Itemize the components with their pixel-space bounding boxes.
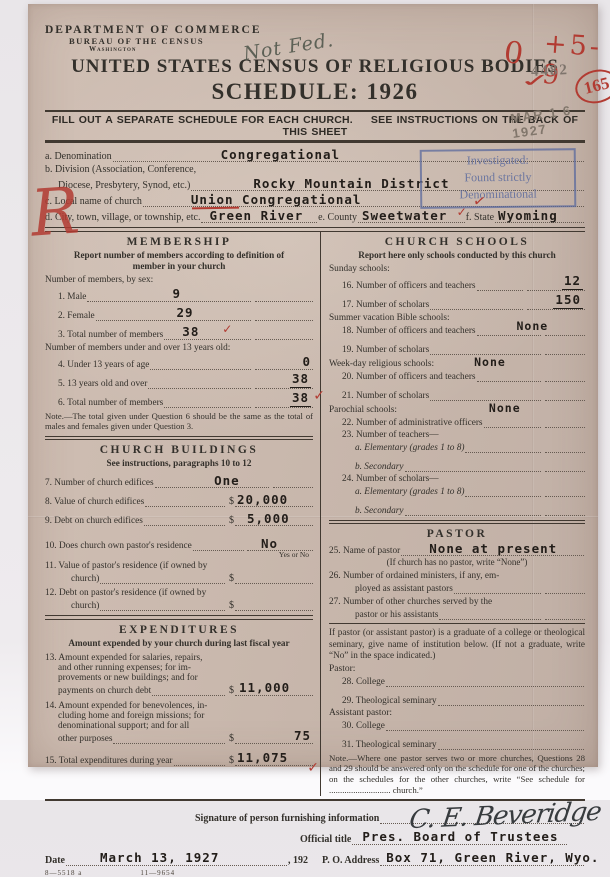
q5-label: 5. 13 years old and over [58,379,147,389]
pastor-title: PASTOR [329,528,585,540]
q5-blank [148,376,251,389]
q22-end-blank [545,415,585,428]
members-by-age-heading: Number of members under and over 13 year… [45,343,313,353]
q13-line2: and other running expenses; for im- [58,663,313,673]
q24a-leader [465,484,541,497]
q29-leader [438,693,584,706]
q27-block: 27. Number of other churches served by t… [329,597,585,620]
q30-label: 30. College [342,721,385,731]
q1-blank: 9 [87,289,251,302]
q15-value: 11,075 [237,752,288,765]
church-buildings-title: CHURCH BUILDINGS [45,444,313,456]
q26-row: ployed as assistant pastors [329,581,585,594]
q14-dollar-sign: $ [229,733,234,744]
q8-dollar-sign: $ [229,496,234,507]
church-schools-subtitle: Report here only schools conducted by th… [329,250,585,261]
q13-line1: 13. Amount expended for salaries, repair… [45,653,313,663]
q8-label: 8. Value of church edifices [45,497,144,507]
q15-leader [174,753,226,766]
q21-label: 21. Number of scholars [342,391,429,401]
city-blank: Green River [201,210,317,223]
q14-line1: 14. Amount expended for benevolences, in… [45,701,313,711]
q10-answer-blank: No Yes or No [247,538,313,551]
q8-amount-blank: 20,000 [235,494,313,507]
red-checkmark: ✓ [313,389,325,403]
q30-row: 30. College [329,718,585,731]
q14-leader [113,731,225,744]
q14-row: other purposes $ 75 [45,731,313,744]
city-value: Green River [209,210,303,223]
q27-row: pastor or his assistants [329,607,585,620]
expenditures-title: EXPENDITURES [45,624,313,636]
red-checkmark: ✓ [222,323,232,335]
q2-blank: 29 [96,308,251,321]
q26-label-line1: 26. Number of ordained ministers, if any… [329,571,585,581]
q9-amount-blank: 5,000 [235,513,313,526]
q11-label-line2: church) [71,574,99,584]
q10-leader [193,538,244,551]
q14-line2: cluding home and foreign missions; for [58,711,313,721]
q12-leader [100,598,225,611]
q24-label: 24. Number of scholars— [342,474,439,484]
city-county-state-row: d. City, town, village, or township, etc… [45,210,585,223]
red-checkmark: ✓ [516,70,557,92]
q19-label: 19. Number of scholars [342,345,429,355]
section-divider-rule [45,615,313,620]
q1-end-blank [255,289,313,302]
weekday-schools-heading: Week-day religious schools:None [329,358,585,369]
q23b-leader [405,459,541,472]
q12-row: church) $ [45,598,313,611]
red-checkmark: ✓ [307,761,319,775]
q30-leader [386,718,584,731]
q13-row: payments on church debt $ 11,000 [45,683,313,696]
q23a-leader [465,440,541,453]
q16-label: 16. Number of officers and teachers [342,281,476,291]
q12-label-line2: church) [71,601,99,611]
q3-blank: 38 ✓ [164,327,251,340]
q2-row: 2. Female 29 [45,308,313,321]
denomination-value: Congregational [221,149,340,162]
q4-blank [150,357,251,370]
q22-row: 22. Number of administrative officers [329,415,585,428]
q2-label: 2. Female [58,311,95,321]
pastor-subheading: Pastor: [329,664,585,674]
graduate-instruction-note: If pastor (or assistant pastor) is a gra… [329,627,585,662]
q17-label: 17. Number of scholars [342,300,429,310]
q9-dollar-sign: $ [229,515,234,526]
q6-value: 38 [290,392,311,407]
q11-dollar-sign: $ [229,573,234,584]
q29-row: 29. Theological seminary [329,693,585,706]
q23b-end-blank [545,459,585,472]
q11-leader [100,571,225,584]
q24a-label: a. Elementary (grades 1 to 8) [355,487,464,497]
stamp-line-1: Investigated: [422,151,574,169]
q28-leader [386,674,584,687]
county-blank: Sweetwater ✓ [358,210,465,223]
q27-leader [439,607,541,620]
right-column: CHURCH SCHOOLS Report here only schools … [321,232,585,796]
q15-amount-blank: 11,075 ✓ [235,753,313,766]
q14-last-line: other purposes [58,734,112,744]
left-column: MEMBERSHIP Report number of members acco… [45,232,321,796]
q20-end-blank [545,369,585,382]
q8-value: 20,000 [237,494,288,507]
q15-dollar-sign: $ [229,755,234,766]
q31-label: 31. Theological seminary [342,740,437,750]
q26-end-blank [545,581,585,594]
q10-row: 10. Does church own pastor's residence N… [45,538,313,551]
q24b-row: b. Secondary [329,503,585,516]
q26-label-line2: ployed as assistant pastors [355,584,453,594]
division-label-line2: Diocese, Presbytery, Synod, etc.) [58,180,190,191]
q20-leader [477,369,541,382]
q31-row: 31. Theological seminary [329,737,585,750]
q24a-end-blank [545,484,585,497]
q4-end-blank: 0 [255,357,313,370]
q23a-label: a. Elementary (grades 1 to 8) [355,443,464,453]
q23b-label: b. Secondary [355,462,404,472]
parochial-schools-label: Parochial schools: [329,405,397,415]
q10-value: No [261,538,278,551]
q1-row: 1. Male 9 [45,289,313,302]
q13-leader [152,683,225,696]
q2-value: 29 [176,307,193,320]
red-margin-mark: R [28,174,81,251]
q10-label: 10. Does church own pastor's residence [45,541,192,551]
q14-block: 14. Amount expended for benevolences, in… [45,701,313,744]
q22-label: 22. Number of administrative officers [342,418,483,428]
q24b-end-blank [545,503,585,516]
weekday-schools-value: None [474,355,506,369]
q12-block: 12. Debt on pastor's residence (if owned… [45,588,313,611]
q5-value: 38 [290,373,311,388]
q28-label: 28. College [342,677,385,687]
form-subtitle: SCHEDULE: 1926 [45,79,585,105]
q25-leader: None at present [401,543,584,556]
q26-block: 26. Number of ordained ministers, if any… [329,571,585,594]
parochial-schools-value: None [489,401,521,415]
membership-title: MEMBERSHIP [45,236,313,248]
q6-label: 6. Total number of members [58,398,163,408]
q25-row: 25. Name of pastor None at present [329,543,585,556]
q19-leader [430,342,541,355]
q13-dollar-sign: $ [229,685,234,696]
state-value: Wyoming [498,210,558,223]
q5-end-blank: 38 [255,376,313,389]
stamp-line-2: Found strictly [422,168,574,186]
q27-label-line1: 27. Number of other churches served by t… [329,597,585,607]
q29-label: 29. Theological seminary [342,696,437,706]
state-label: f. State [466,212,494,223]
q23a-end-blank [545,440,585,453]
q23b-row: b. Secondary [329,459,585,472]
q8-leader [145,494,225,507]
local-name-value: Union Congregational [191,194,362,207]
q16-value: 12 [562,275,583,290]
q18-row: 18. Number of officers and teachers None [329,323,585,336]
church-schools-title: CHURCH SCHOOLS [329,236,585,248]
q2-end-blank [255,308,313,321]
q21-leader [430,388,541,401]
investigated-stamp: Investigated: Found strictly Denominatio… [420,148,577,209]
q4-row: 4. Under 13 years of age 0 [45,357,313,370]
q17-row: 17. Number of scholars 150 [329,297,585,310]
denomination-label: a. Denomination [45,151,112,162]
q1-value: 9 [172,288,181,301]
assistant-pastor-subheading: Assistant pastor: [329,708,585,718]
q16-end-blank: 12 [527,278,585,291]
q14-value: 75 [294,730,311,743]
q11-amount-blank [235,571,313,584]
q11-row: church) $ [45,571,313,584]
q7-row: 7. Number of church edifices One [45,475,313,488]
q4-label: 4. Under 13 years of age [58,360,149,370]
q16-row: 16. Number of officers and teachers 12 [329,278,585,291]
q24b-leader [405,503,541,516]
parochial-schools-heading: Parochial schools:None [329,404,585,415]
section-divider-rule [329,520,585,525]
q12-dollar-sign: $ [229,600,234,611]
q13-block: 13. Amount expended for salaries, repair… [45,653,313,696]
pastor-note: Note.—Where one pastor serves two or mor… [329,753,585,796]
section-divider-rule [329,623,585,624]
q13-last-line: payments on church debt [58,686,151,696]
county-label: e. County [318,212,357,223]
q23-label: 23. Number of teachers— [342,430,439,440]
q6-blank [164,395,251,408]
q24b-label: b. Secondary [355,506,404,516]
q9-label: 9. Debt on church edifices [45,516,143,526]
q7-blank: One [155,475,269,488]
q7-end-blank [273,475,313,488]
q31-leader [438,737,584,750]
q28-row: 28. College [329,674,585,687]
expenditures-subtitle: Amount expended by your church during la… [45,638,313,649]
q12-label-line1: 12. Debt on pastor's residence (if owned… [45,588,313,598]
q7-label: 7. Number of church edifices [45,478,154,488]
banner-sentence-1: FILL OUT A SEPARATE SCHEDULE FOR EACH CH… [52,114,353,126]
q20-label: 20. Number of officers and teachers [342,372,476,382]
weekday-schools-label: Week-day religious schools: [329,359,434,369]
q27-end-blank [545,607,585,620]
q18-label: 18. Number of officers and teachers [342,326,476,336]
q21-end-blank [545,388,585,401]
q6-end-blank: 38 ✓ [255,395,313,408]
q25-label: 25. Name of pastor [329,546,400,556]
q1-label: 1. Male [58,292,86,302]
state-blank: Wyoming [495,210,584,223]
q10-yes-or-no-hint: Yes or No [279,550,309,559]
q19-end-blank [545,342,585,355]
q16-leader [477,278,523,291]
q24a-row: a. Elementary (grades 1 to 8) [329,484,585,497]
q4-value: 0 [302,356,311,369]
section-divider-rule [45,436,313,441]
q22-leader [484,415,541,428]
q18-end-blank [545,323,585,336]
church-buildings-subtitle: See instructions, paragraphs 10 to 12 [45,458,313,469]
q15-label: 15. Total expenditures during year [45,756,173,766]
q18-leader: None [477,323,541,336]
q3-value: 38 [182,326,199,339]
q9-row: 9. Debt on church edifices $ 5,000 [45,513,313,526]
q9-value: 5,000 [247,513,290,526]
q13-amount-blank: 11,000 [235,683,313,696]
q9-leader [144,513,225,526]
q11-block: 11. Value of pastor's residence (if owne… [45,561,313,584]
instruction-banner: FILL OUT A SEPARATE SCHEDULE FOR EACH CH… [45,110,585,143]
membership-subtitle: Report number of members according to de… [64,250,294,272]
q11-label-line1: 11. Value of pastor's residence (if owne… [45,561,313,571]
q27-label-line2: pastor or his assistants [355,610,438,620]
census-schedule-document: Not Fed. 0 +5-9 4482 ✓ 165 MAR 1 6 1927 … [28,4,598,767]
q20-row: 20. Number of officers and teachers [329,369,585,382]
q14-amount-blank: 75 [235,731,313,744]
q21-row: 21. Number of scholars [329,388,585,401]
q3-label: 3. Total number of members [58,330,163,340]
q23a-row: a. Elementary (grades 1 to 8) [329,440,585,453]
q14-line3: denominational support; and for all [58,721,313,731]
sunday-schools-heading: Sunday schools: [329,264,585,274]
membership-note: Note.—The total given under Question 6 s… [45,411,313,432]
q25-value: None at present [429,543,557,556]
q13-value: 11,000 [239,682,290,695]
q6-row: 6. Total number of members 38 ✓ [45,395,313,408]
q7-value: One [214,475,240,488]
members-by-sex-heading: Number of members, by sex: [45,275,313,285]
q19-row: 19. Number of scholars [329,342,585,355]
q17-leader [430,297,523,310]
q17-value: 150 [553,294,583,309]
county-value: Sweetwater [362,210,447,223]
stamp-line-3: Denominational [422,185,574,203]
q3-row: 3. Total number of members 38 ✓ [45,327,313,340]
q18-value: None [517,321,549,333]
q8-row: 8. Value of church edifices $ 20,000 [45,494,313,507]
q17-end-blank: 150 [527,297,585,310]
q5-row: 5. 13 years old and over 38 [45,376,313,389]
q12-amount-blank [235,598,313,611]
q26-leader [454,581,541,594]
q25-note: (If church has no pastor, write “None”) [329,557,585,567]
q3-end-blank [255,327,313,340]
q15-row: 15. Total expenditures during year $ 11,… [45,753,313,766]
